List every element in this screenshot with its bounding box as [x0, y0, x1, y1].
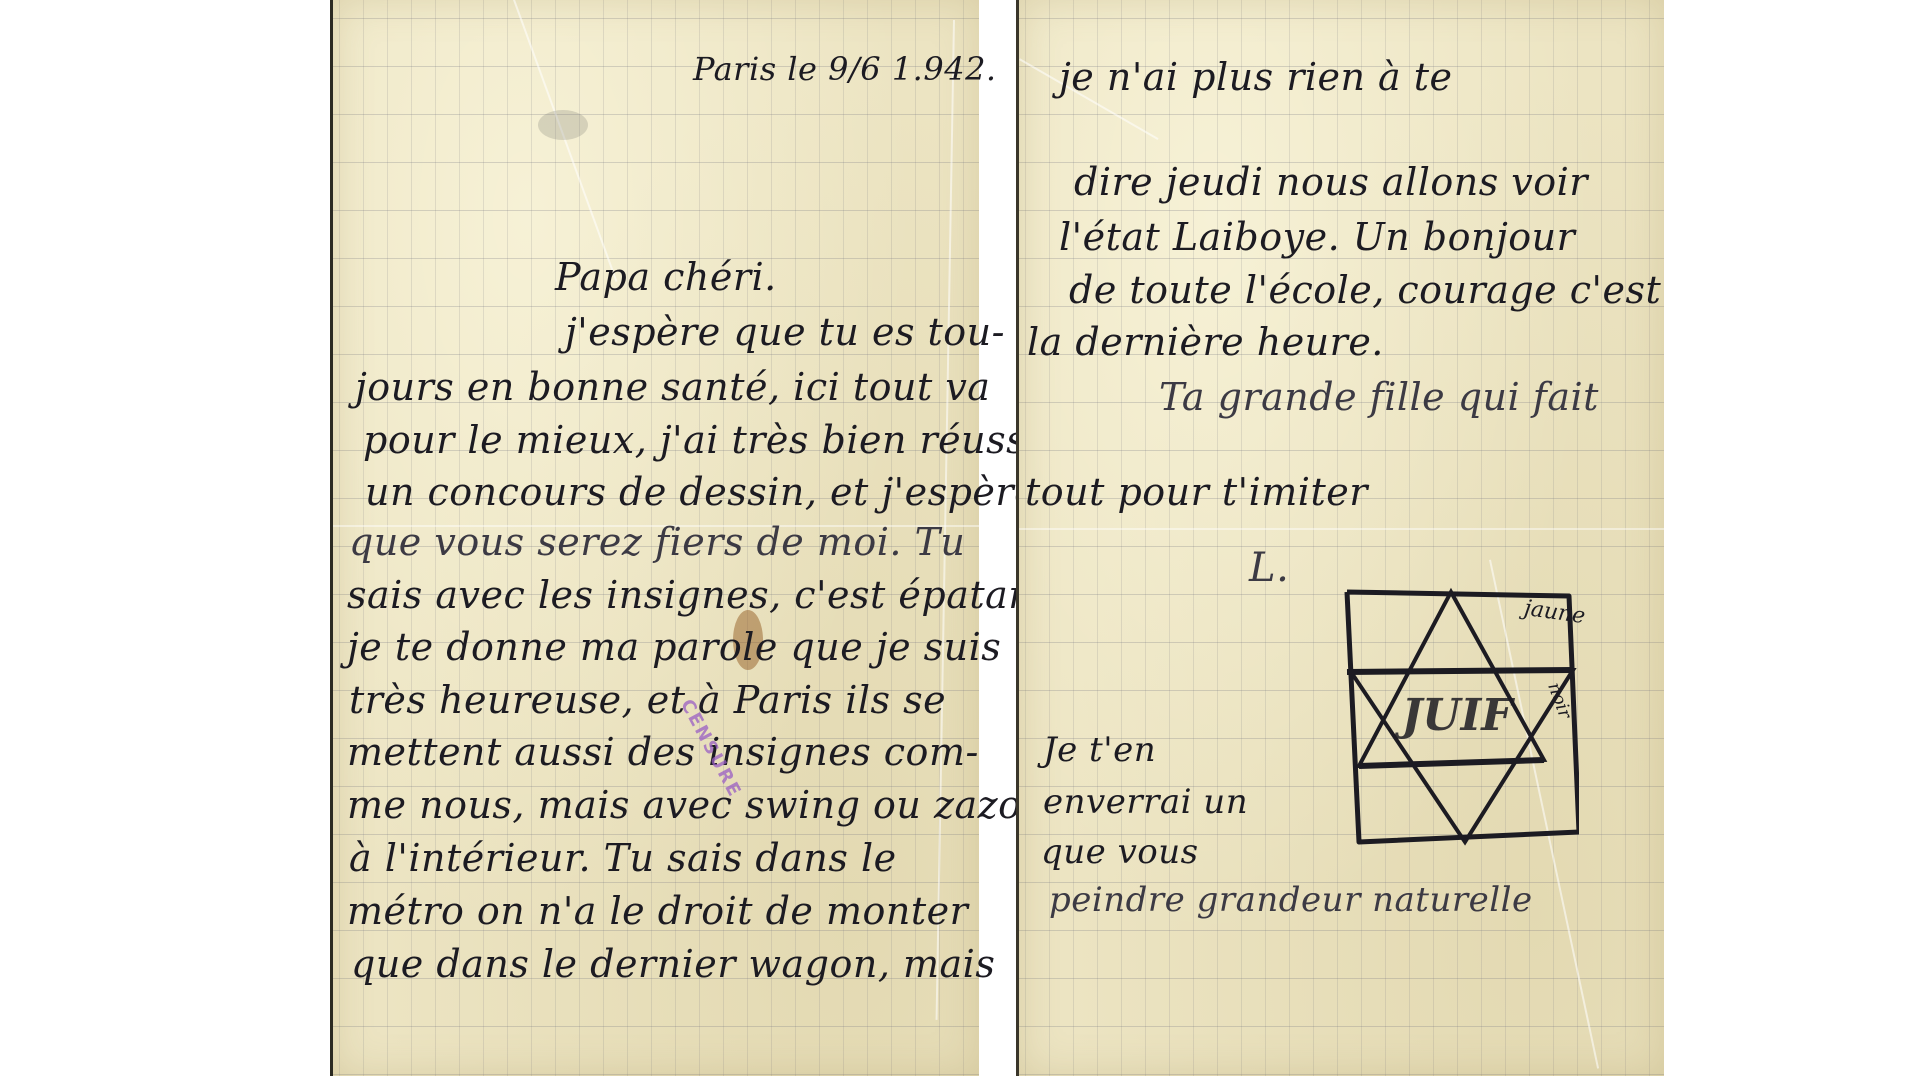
- letter-line: jours en bonne santé, ici tout va: [355, 365, 990, 409]
- note-line: enverrai un: [1043, 782, 1248, 822]
- letter-line: l'état Laiboye. Un bonjour: [1059, 215, 1575, 259]
- letter-line: à l'intérieur. Tu sais dans le: [349, 836, 897, 880]
- letter-line: métro on n'a le droit de monter: [347, 889, 968, 933]
- letter-line: j'espère que tu es tou-: [565, 310, 1005, 354]
- letter-page-right: je n'ai plus rien à te dire jeudi nous a…: [1016, 0, 1664, 1076]
- letter-line: un concours de dessin, et j'espère: [365, 470, 1037, 514]
- letter-line: pour le mieux, j'ai très bien réussi: [363, 418, 1039, 462]
- note-line: Je t'en: [1043, 730, 1156, 770]
- letter-line: sais avec les insignes, c'est épatant: [347, 573, 1049, 617]
- letter-page-left: Paris le 9/6 1.942. Papa chéri. j'espère…: [330, 0, 979, 1076]
- smudge: [538, 110, 588, 140]
- fold-crease: [513, 0, 617, 282]
- note-line: peindre grandeur naturelle: [1049, 880, 1533, 920]
- letter-line: dire jeudi nous allons voir: [1074, 160, 1588, 204]
- letter-salutation: Papa chéri.: [555, 255, 777, 299]
- signature: L.: [1249, 545, 1289, 591]
- letter-line: je te donne ma parole que je suis: [347, 625, 1001, 669]
- letter-line: que dans le dernier wagon, mais: [351, 942, 995, 986]
- letter-line: je n'ai plus rien à te: [1059, 55, 1453, 99]
- letter-line: me nous, mais avec swing ou zazou: [347, 783, 1047, 827]
- badge-center-text: JUIF: [1394, 690, 1515, 741]
- letter-closing: Ta grande fille qui fait: [1159, 375, 1599, 419]
- letter-closing: tout pour t'imiter: [1025, 470, 1368, 514]
- letter-line: de toute l'école, courage c'est: [1069, 268, 1661, 312]
- letter-line: mettent aussi des insignes com-: [347, 730, 979, 774]
- letter-line: que vous serez fiers de moi. Tu: [349, 520, 965, 564]
- letter-line: la dernière heure.: [1027, 320, 1384, 364]
- fold-crease: [1019, 528, 1664, 530]
- note-line: que vous: [1041, 832, 1199, 872]
- letter-date: Paris le 9/6 1.942.: [693, 50, 997, 88]
- letter-line: très heureuse, et à Paris ils se: [349, 678, 946, 722]
